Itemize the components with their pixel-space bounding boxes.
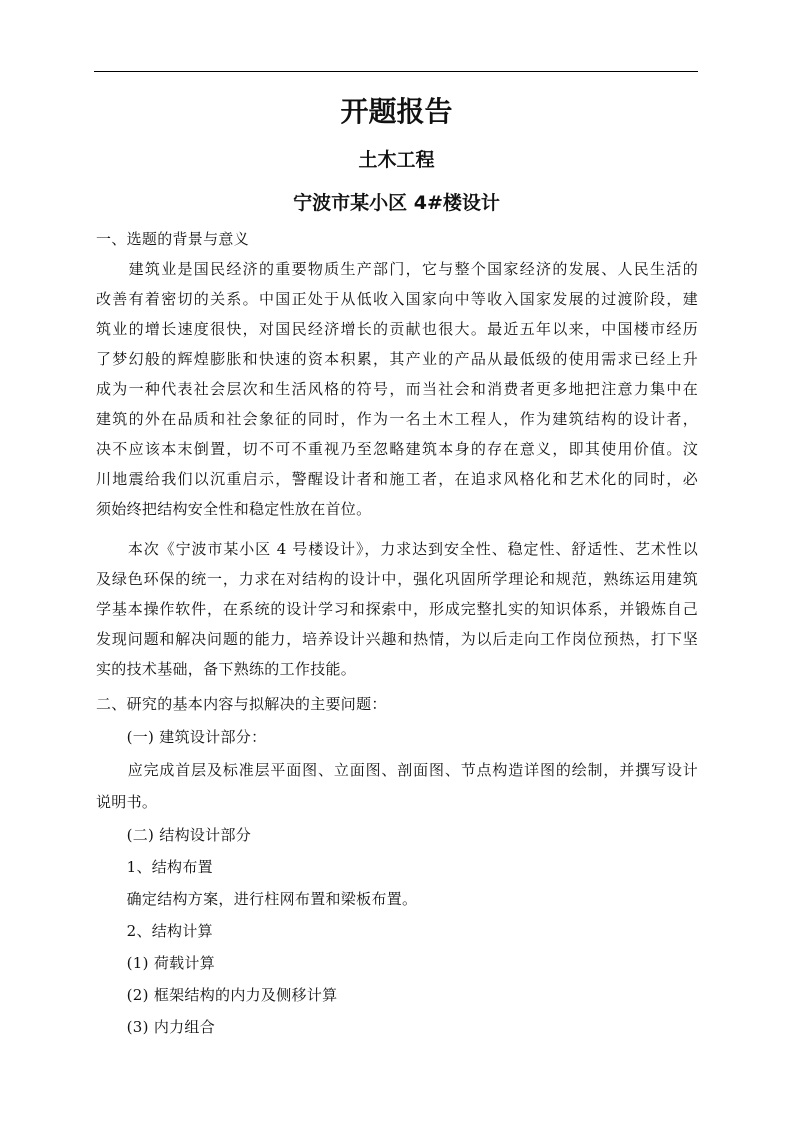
para1-line: 建筑业是国民经济的重要物质生产部门，它与整个国家经济的发展、人民生活的 [96,259,698,279]
para1-line: 了梦幻般的辉煌膨胀和快速的资本积累，其产业的产品从最低级的使用需求已经上升 [96,349,698,369]
major-subtitle: 土木工程 [0,145,793,172]
section2-heading: 二、研究的基本内容与拟解决的主要问题： [96,694,698,714]
item2-heading: 2、结构计算 [96,921,698,941]
para1-line: 成为一种代表社会层次和生活风格的符号，而当社会和消费者更多地把注意力集中在 [96,379,698,399]
para1-line: 须始终把结构安全性和稳定性放在首位。 [96,499,698,519]
report-title: 开题报告 [0,90,793,130]
document-page: 开题报告 土木工程 宁波市某小区 4#楼设计 一、选题的背景与意义 建筑业是国民… [0,0,793,1122]
sub1-line: 说明书。 [96,792,698,812]
para1-line: 筑业的增长速度很快，对国民经济增长的贡献也很大。最近五年以来，中国楼市经历 [96,319,698,339]
para1-line: 改善有着密切的关系。中国正处于从低收入国家向中等收入国家发展的过渡阶段，建 [96,289,698,309]
para1-line: 川地震给我们以沉重启示，警醒设计者和施工者，在追求风格化和艺术化的同时，必 [96,469,698,489]
para1-line: 决不应该本末倒置，切不可不重视乃至忽略建筑本身的存在意义，即其使用价值。汶 [96,439,698,459]
sub1-heading: (一) 建筑设计部分： [96,727,698,747]
calc-item: (2) 框架结构的内力及侧移计算 [96,985,698,1005]
para2-line: 实的技术基础，备下熟练的工作技能。 [96,659,698,679]
para2-line: 本次《宁波市某小区 4 号楼设计》，力求达到安全性、稳定性、舒适性、艺术性以 [96,539,698,559]
sub2-heading: (二) 结构设计部分 [96,825,698,845]
para2-line: 及绿色环保的统一，力求在对结构的设计中，强化巩固所学理论和规范，熟练运用建筑 [96,569,698,589]
project-title: 宁波市某小区 4#楼设计 [0,188,793,215]
item1-text: 确定结构方案，进行柱网布置和梁板布置。 [96,889,698,909]
header-rule [94,71,698,72]
item1-heading: 1、结构布置 [96,857,698,877]
section1-heading: 一、选题的背景与意义 [96,229,698,249]
para1-line: 建筑的外在品质和社会象征的同时，作为一名土木工程人，作为建筑结构的设计者， [96,409,698,429]
calc-item: (1) 荷载计算 [96,953,698,973]
para2-line: 学基本操作软件，在系统的设计学习和探索中，形成完整扎实的知识体系，并锻炼自己 [96,599,698,619]
para2-line: 发现问题和解决问题的能力，培养设计兴趣和热情，为以后走向工作岗位预热，打下坚 [96,629,698,649]
calc-item: (3) 内力组合 [96,1017,698,1037]
sub1-line: 应完成首层及标准层平面图、立面图、剖面图、节点构造详图的绘制，并撰写设计 [96,760,698,780]
